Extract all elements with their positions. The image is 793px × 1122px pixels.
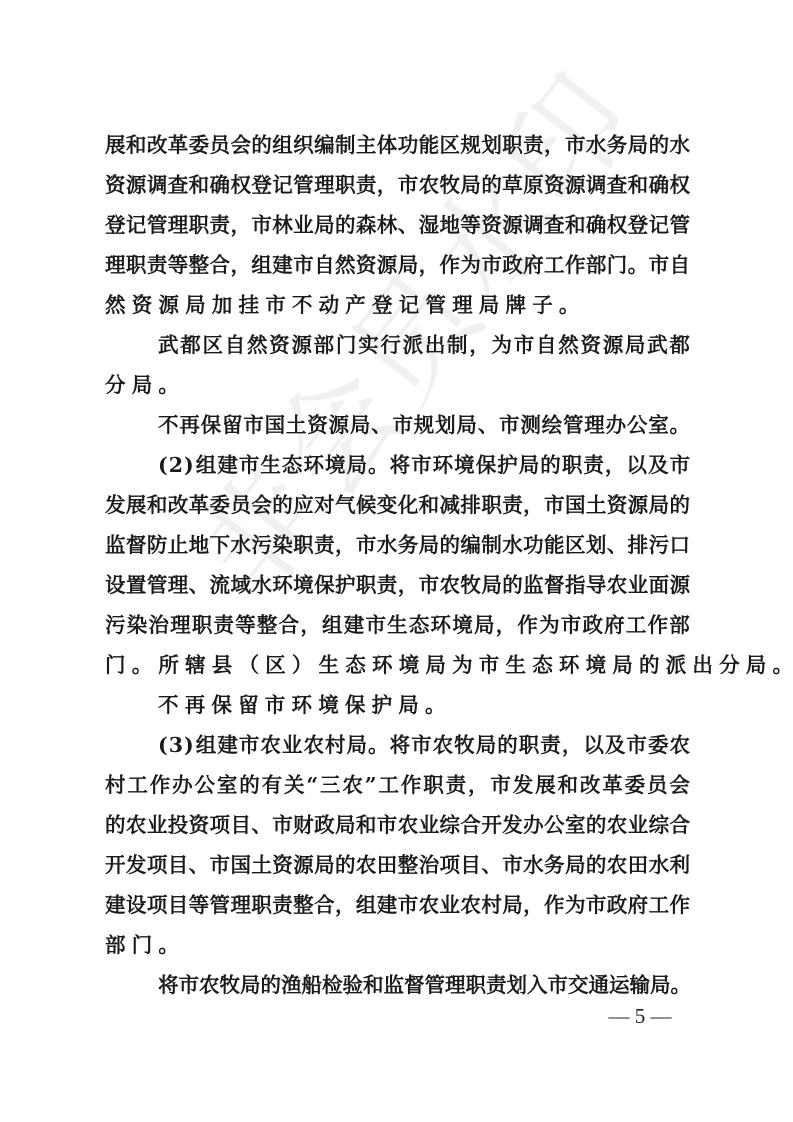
text-line: 的农业投资项目、市财政局和市农业综合开发办公室的农业综合 xyxy=(105,808,690,848)
text-line: 武都区自然资源部门实行派出制，为市自然资源局武都 xyxy=(105,328,690,368)
text-line: 资源调查和确权登记管理职责，市农牧局的草原资源调查和确权 xyxy=(105,168,690,208)
document-page: 非会员水印 展和改革委员会的组织编制主体功能区规划职责，市水务局的水 资源调查和… xyxy=(0,0,793,1122)
text-line: 将市农牧局的渔船检验和监督管理职责划入市交通运输局。 xyxy=(105,968,690,1008)
text-line: 污染治理职责等整合，组建市生态环境局，作为市政府工作部 xyxy=(105,608,690,648)
text-line: 理职责等整合，组建市自然资源局，作为市政府工作部门。市自 xyxy=(105,248,690,288)
page-number: — 5 — xyxy=(604,1004,676,1029)
text-line: 登记管理职责，市林业局的森林、湿地等资源调查和确权登记管 xyxy=(105,208,690,248)
text-line: 不再保留市环境保护局。 xyxy=(105,688,690,728)
text-line: 分局。 xyxy=(105,368,690,408)
text-line: 设置管理、流域水环境保护职责，市农牧局的监督指导农业面源 xyxy=(105,568,690,608)
text-line: (3) 组建市农业农村局。将市农牧局的职责，以及市委农 xyxy=(105,728,690,768)
text-line: 然资源局加挂市不动产登记管理局牌子。 xyxy=(105,288,690,328)
text-line: 村工作办公室的有关“三农”工作职责，市发展和改革委员会 xyxy=(105,768,690,808)
text-line: 建设项目等管理职责整合，组建市农业农村局，作为市政府工作 xyxy=(105,888,690,928)
text-line: 开发项目、市国土资源局的农田整治项目、市水务局的农田水利 xyxy=(105,848,690,888)
text-line: 监督防止地下水污染职责，市水务局的编制水功能区划、排污口 xyxy=(105,528,690,568)
text-line: 门。所辖县（区）生态环境局为市生态环境局的派出分局。 xyxy=(105,648,690,688)
text-line: 不再保留市国土资源局、市规划局、市测绘管理办公室。 xyxy=(105,408,690,448)
text-line: 展和改革委员会的组织编制主体功能区规划职责，市水务局的水 xyxy=(105,128,690,168)
text-line: 部门。 xyxy=(105,928,690,968)
text-line: (2) 组建市生态环境局。将市环境保护局的职责，以及市 xyxy=(105,448,690,488)
text-line: 发展和改革委员会的应对气候变化和减排职责，市国土资源局的 xyxy=(105,488,690,528)
body-text: 展和改革委员会的组织编制主体功能区规划职责，市水务局的水 资源调查和确权登记管理… xyxy=(105,128,690,1008)
